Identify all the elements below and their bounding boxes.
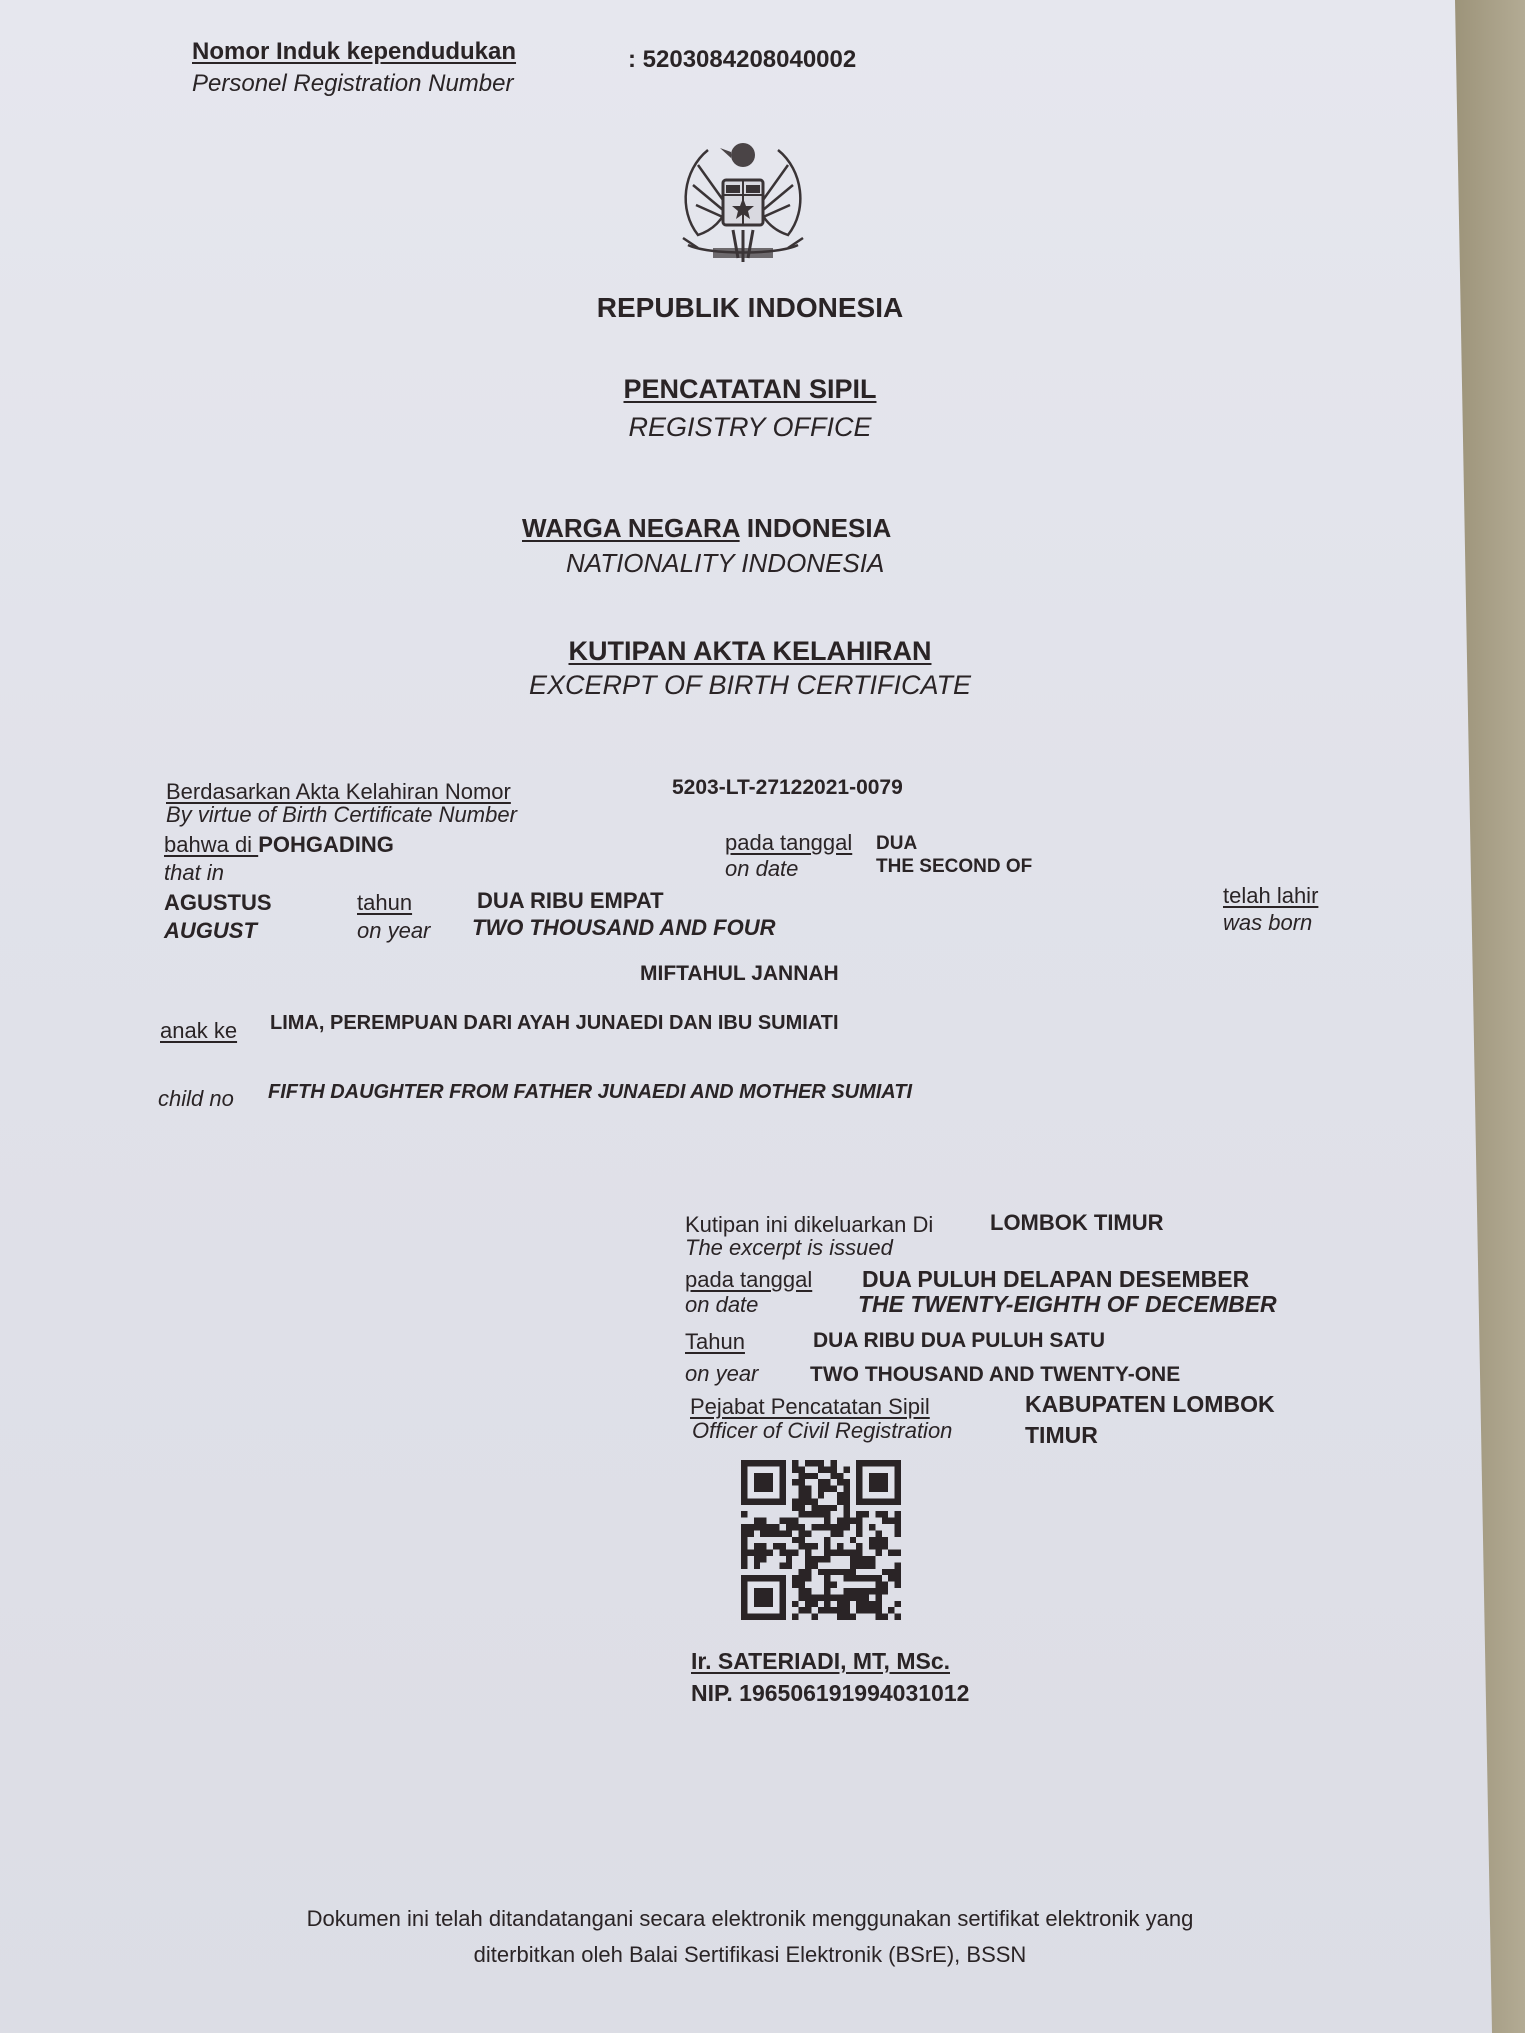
born-label-en: was born: [1223, 910, 1312, 936]
issued-label-en: The excerpt is issued: [685, 1235, 893, 1261]
issue-year-label-en: on year: [685, 1361, 758, 1387]
footer-line-1: Dokumen ini telah ditandatangani secara …: [0, 1906, 1500, 1932]
child-no-label-en: child no: [158, 1086, 234, 1112]
issue-date-label-id: pada tanggal: [685, 1267, 812, 1293]
nationality-value: INDONESIA: [747, 513, 891, 543]
officer-region-2: TIMUR: [1025, 1422, 1098, 1449]
issue-year-value-id: DUA RIBU DUA PULUH SATU: [813, 1329, 1105, 1353]
officer-label-id: Pejabat Pencatatan Sipil: [690, 1394, 930, 1420]
office-title-id: PENCATATAN SIPIL: [0, 374, 1500, 405]
year-label-en: on year: [357, 918, 430, 944]
qr-code-icon[interactable]: [741, 1456, 901, 1624]
birth-certificate-page: Nomor Induk kependudukan Personel Regist…: [0, 0, 1525, 2033]
year-value-id: DUA RIBU EMPAT: [477, 888, 664, 914]
issue-year-value-en: TWO THOUSAND AND TWENTY-ONE: [810, 1363, 1180, 1387]
cert-label-en: By virtue of Birth Certificate Number: [166, 802, 517, 828]
date-label-id: pada tanggal: [725, 830, 852, 856]
issued-place: LOMBOK TIMUR: [990, 1210, 1164, 1236]
date-value-id: DUA: [876, 833, 917, 855]
doc-title-en: EXCERPT OF BIRTH CERTIFICATE: [0, 670, 1500, 701]
issue-date-label-en: on date: [685, 1292, 758, 1318]
place-value: POHGADING: [258, 832, 394, 857]
year-value-en: TWO THOUSAND AND FOUR: [472, 915, 776, 941]
place-label-en: that in: [164, 860, 224, 886]
nationality-label: WARGA NEGARA: [522, 513, 740, 543]
signatory-name: Ir. SATERIADI, MT, MSc.: [691, 1648, 950, 1675]
month-id: AGUSTUS: [164, 890, 272, 916]
year-label-id: tahun: [357, 890, 412, 916]
date-label-en: on date: [725, 856, 798, 882]
month-en: AUGUST: [164, 918, 257, 944]
nik-value: : 5203084208040002: [628, 46, 856, 74]
child-name: MIFTAHUL JANNAH: [640, 962, 839, 986]
child-no-value-id: LIMA, PEREMPUAN DARI AYAH JUNAEDI DAN IB…: [270, 1012, 839, 1035]
place-label-id: bahwa di: [164, 832, 258, 857]
doc-title-id: KUTIPAN AKTA KELAHIRAN: [0, 636, 1500, 667]
nationality-label-id: WARGA NEGARA INDONESIA: [522, 513, 891, 544]
nationality-en: NATIONALITY INDONESIA: [566, 548, 884, 579]
country-title: REPUBLIK INDONESIA: [0, 292, 1500, 324]
issue-date-value-en: THE TWENTY-EIGHTH OF DECEMBER: [858, 1291, 1277, 1318]
child-no-label-id: anak ke: [160, 1018, 237, 1044]
issue-date-value-id: DUA PULUH DELAPAN DESEMBER: [862, 1266, 1249, 1293]
nik-label-en: Personel Registration Number: [192, 70, 513, 98]
nik-label-id: Nomor Induk kependudukan: [192, 38, 516, 66]
footer-line-2: diterbitkan oleh Balai Sertifikasi Elekt…: [0, 1942, 1500, 1968]
cert-number: 5203-LT-27122021-0079: [672, 776, 903, 800]
officer-label-en: Officer of Civil Registration: [692, 1418, 952, 1444]
issue-year-label-id: Tahun: [685, 1329, 745, 1355]
garuda-pancasila-emblem-icon: [668, 130, 818, 278]
child-no-value-en: FIFTH DAUGHTER FROM FATHER JUNAEDI AND M…: [268, 1081, 912, 1104]
signatory-nip: NIP. 196506191994031012: [691, 1680, 969, 1707]
office-title-en: REGISTRY OFFICE: [0, 412, 1500, 443]
born-label-id: telah lahir: [1223, 883, 1318, 909]
date-value-en: THE SECOND OF: [876, 856, 1032, 878]
officer-region-1: KABUPATEN LOMBOK: [1025, 1391, 1275, 1418]
